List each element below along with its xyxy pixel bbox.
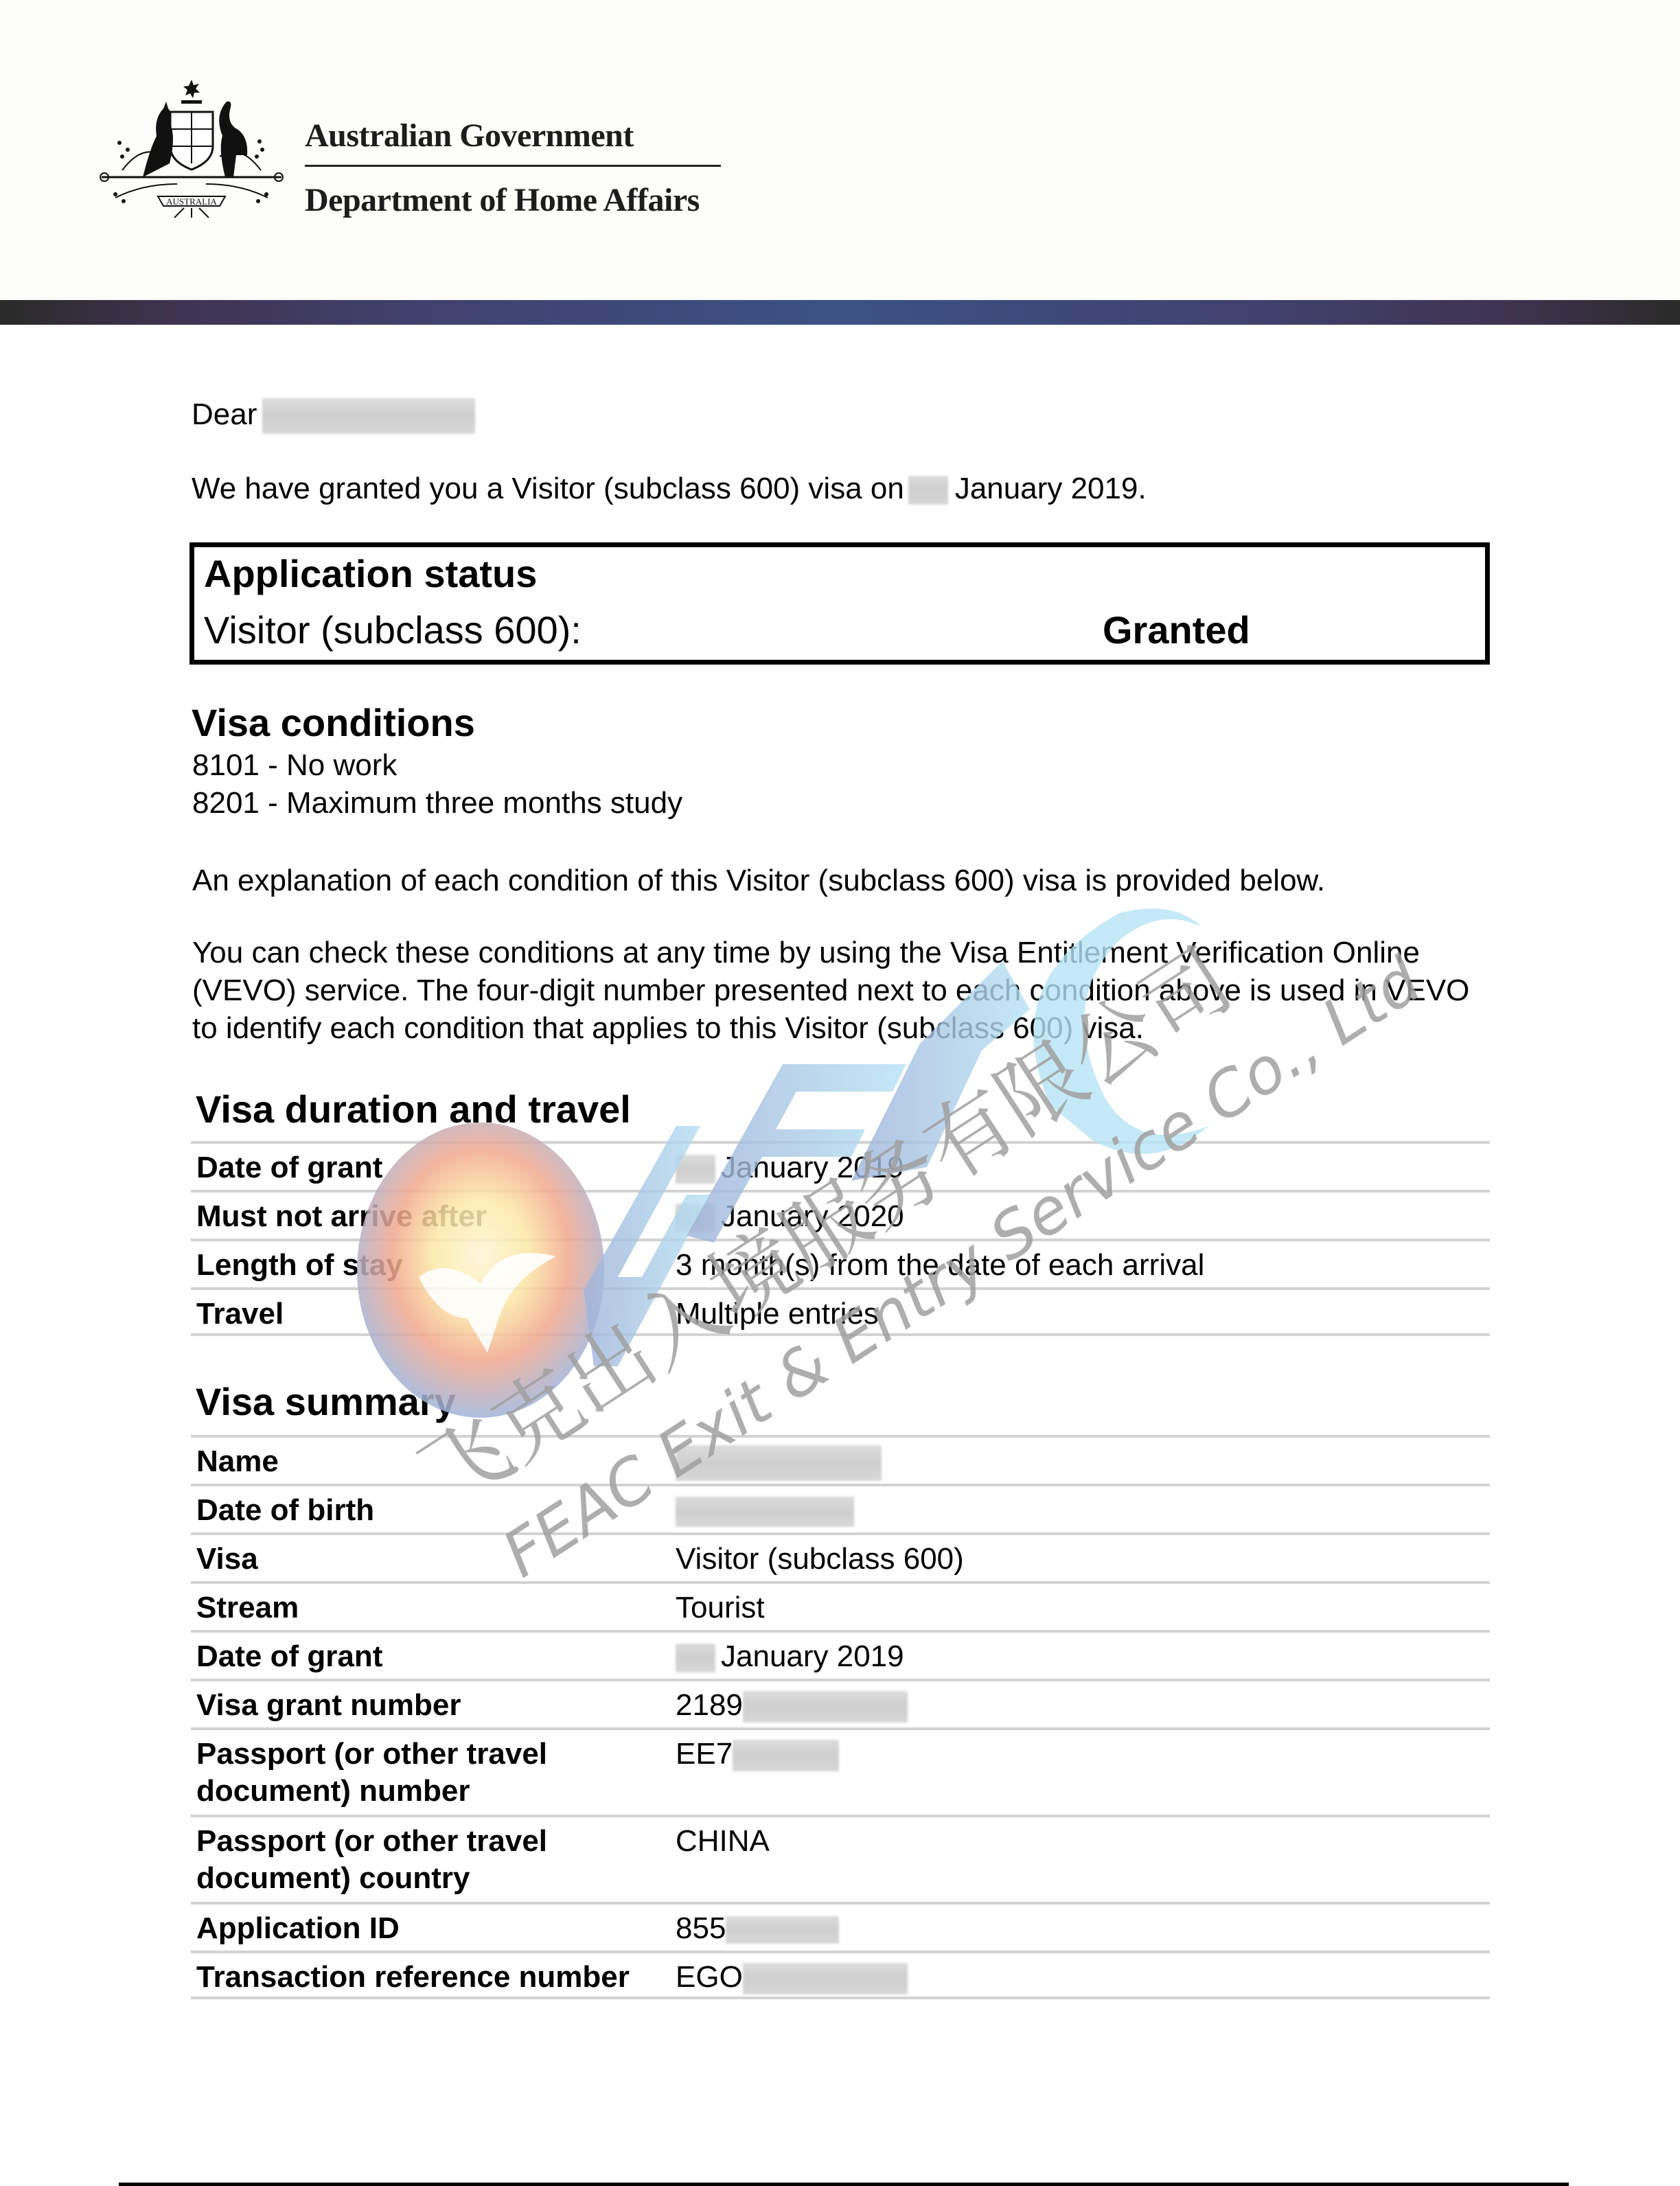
row-value: [676, 1443, 882, 1481]
redacted-passport-number: [733, 1740, 839, 1771]
row-label: Visa grant number: [196, 1687, 663, 1724]
table-row: Passport (or other travel document) coun…: [191, 1815, 1490, 1902]
row-label: Visa: [196, 1541, 663, 1578]
row-value: Multiple entries: [676, 1296, 879, 1333]
row-label: Passport (or other travel document) numb…: [196, 1736, 581, 1810]
redacted-day: [676, 1155, 715, 1184]
row-value-text: January 2019: [721, 1151, 904, 1184]
conditions-explanation: An explanation of each condition of this…: [192, 862, 1497, 899]
row-value-text: EGO: [676, 1960, 743, 1994]
condition-item: 8101 - No work: [192, 748, 397, 783]
row-value: EGO: [676, 1959, 908, 1996]
redacted-day: [676, 1644, 715, 1672]
row-value: [676, 1492, 854, 1529]
row-value: January 2020: [676, 1198, 904, 1235]
row-label: Date of grant: [196, 1638, 663, 1675]
visa-summary-table: Name Date of birth Visa Visitor (subclas…: [191, 1435, 1490, 1999]
visa-conditions-title: Visa conditions: [192, 700, 475, 745]
table-row: Visa Visitor (subclass 600): [191, 1532, 1490, 1581]
salutation-word: Dear: [192, 398, 257, 431]
redacted-day: [676, 1204, 715, 1232]
table-row: Date of birth: [191, 1484, 1490, 1532]
table-row: Visa grant number 2189: [191, 1679, 1490, 1727]
redacted-application-id: [726, 1916, 839, 1944]
vevo-paragraph: You can check these conditions at any ti…: [192, 934, 1497, 1047]
row-label: Must not arrive after: [196, 1198, 663, 1235]
row-value-text: 2189: [676, 1688, 743, 1722]
footer-rule: [119, 2183, 1569, 2186]
row-value-text: EE7: [676, 1737, 733, 1771]
row-value: 855: [676, 1910, 839, 1947]
redacted-date-of-birth: [676, 1497, 854, 1527]
table-row: Transaction reference number EGO: [191, 1951, 1490, 1999]
condition-item: 8201 - Maximum three months study: [192, 786, 682, 820]
visa-duration-table: Date of grant January 2019 Must not arri…: [191, 1141, 1490, 1336]
application-status-box: Application status Visitor (subclass 600…: [189, 542, 1490, 665]
row-label: Date of birth: [196, 1492, 663, 1529]
application-status-label: Visitor (subclass 600):: [204, 608, 582, 652]
row-value-text: 855: [676, 1911, 726, 1945]
table-row: Passport (or other travel document) numb…: [191, 1727, 1490, 1815]
row-label: Name: [196, 1443, 663, 1480]
table-row: Name: [191, 1435, 1490, 1484]
visa-duration-title: Visa duration and travel: [196, 1087, 631, 1131]
grant-sentence-prefix: We have granted you a Visitor (subclass …: [192, 472, 904, 505]
row-value: CHINA: [676, 1823, 770, 1860]
table-row: Length of stay 3 month(s) from the date …: [191, 1239, 1490, 1287]
row-value: January 2019: [676, 1149, 904, 1186]
row-value: 3 month(s) from the date of each arrival: [676, 1247, 1204, 1284]
row-label: Travel: [196, 1296, 663, 1333]
table-row: Stream Tourist: [191, 1581, 1490, 1630]
redacted-day: [908, 476, 948, 505]
row-value: Visitor (subclass 600): [676, 1541, 964, 1578]
grant-sentence-suffix: January 2019.: [955, 472, 1147, 505]
row-value-text: January 2020: [721, 1199, 904, 1233]
row-label: Length of stay: [196, 1247, 663, 1284]
grant-sentence: We have granted you a Visitor (subclass …: [192, 471, 1147, 507]
redacted-grant-number: [743, 1691, 908, 1723]
row-label: Passport (or other travel document) coun…: [196, 1823, 581, 1897]
row-value-text: January 2019: [721, 1639, 904, 1673]
row-label: Transaction reference number: [196, 1959, 663, 1996]
table-row: Must not arrive after January 2020: [191, 1190, 1490, 1239]
table-row: Application ID 855: [191, 1902, 1490, 1951]
table-row: Date of grant January 2019: [191, 1630, 1490, 1679]
redacted-name: [676, 1445, 882, 1481]
table-row: Date of grant January 2019: [191, 1141, 1490, 1190]
application-status-title: Application status: [204, 551, 537, 596]
row-value: 2189: [676, 1687, 908, 1724]
application-status-value: Granted: [1103, 608, 1250, 652]
row-value: January 2019: [676, 1638, 904, 1675]
table-row: Travel Multiple entries: [191, 1287, 1490, 1336]
row-label: Date of grant: [196, 1149, 663, 1186]
redacted-name: [262, 398, 475, 434]
row-value: Tourist: [676, 1589, 765, 1626]
row-label: Stream: [196, 1589, 663, 1626]
row-label: Application ID: [196, 1910, 663, 1947]
letter-body: Dear We have granted you a Visitor (subc…: [0, 0, 1680, 2186]
salutation: Dear: [192, 397, 475, 434]
visa-summary-title: Visa summary: [196, 1379, 456, 1424]
row-value: EE7: [676, 1736, 839, 1773]
redacted-transaction-reference: [743, 1963, 908, 1994]
